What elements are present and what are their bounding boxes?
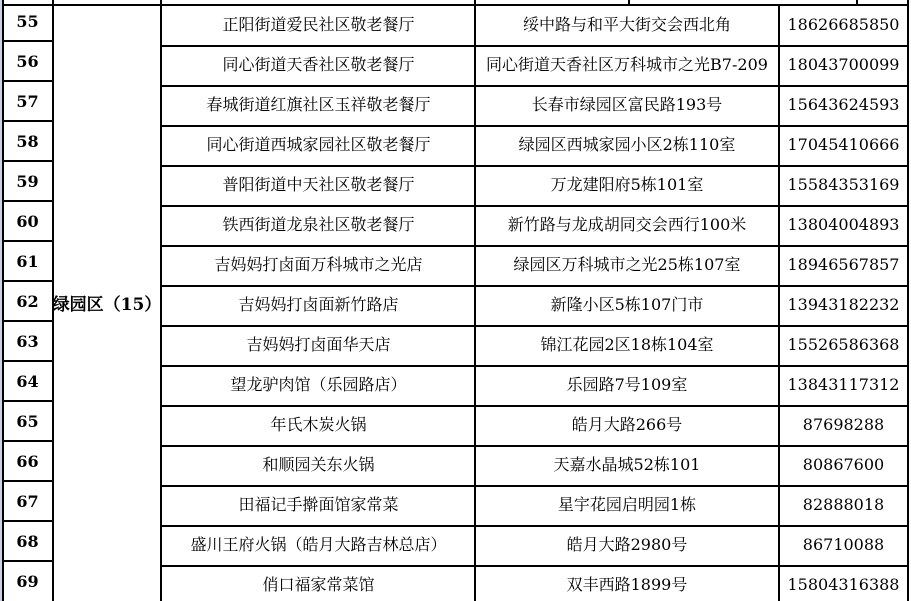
address-cell: 新竹路与龙成胡同交会西行100米 [477, 205, 777, 245]
name-cell: 田福记手擀面馆家常菜 [163, 485, 474, 525]
name-cell: 春城街道红旗社区玉祥敬老餐厅 [163, 85, 474, 125]
phone-cell: 15804316388 [781, 565, 906, 601]
address-cell: 绿园区西城家园小区2栋110室 [477, 125, 777, 165]
phone-cell: 87698288 [781, 405, 906, 445]
name-cell: 和顺园关东火锅 [163, 445, 474, 485]
row-number-cell: 63 [4, 322, 51, 362]
row-number-cell: 61 [4, 242, 51, 282]
address-cell: 新隆小区5栋107门市 [477, 285, 777, 325]
name-cell: 同心街道天香社区敬老餐厅 [163, 45, 474, 85]
table-border-right [907, 0, 909, 601]
address-cell: 天嘉水晶城52栋101 [477, 445, 777, 485]
row-number-cell: 57 [4, 82, 51, 122]
row-number-cell: 60 [4, 202, 51, 242]
row-number-cell: 58 [4, 122, 51, 162]
district-cell: 绿园区（15） [55, 4, 159, 601]
address-cell: 双丰西路1899号 [477, 565, 777, 601]
phone-cell: 15526586368 [781, 325, 906, 365]
row-number-cell: 65 [4, 402, 51, 442]
name-cell: 普阳街道中天社区敬老餐厅 [163, 165, 474, 205]
address-cell: 星宇花园启明园1栋 [477, 485, 777, 525]
address-cell: 万龙建阳府5栋101室 [477, 165, 777, 205]
address-cell: 锦江花园2区18栋104室 [477, 325, 777, 365]
row-number-cell: 59 [4, 162, 51, 202]
phone-cell: 17045410666 [781, 125, 906, 165]
name-cell: 俏口福家常菜馆 [163, 565, 474, 601]
phone-cell: 18626685850 [781, 5, 906, 45]
address-cell: 绿园区万科城市之光25栋107室 [477, 245, 777, 285]
address-cell: 同心街道天香社区万科城市之光B7-209 [477, 45, 777, 85]
address-cell: 皓月大路2980号 [477, 525, 777, 565]
row-number-cell: 64 [4, 362, 51, 402]
address-cell: 皓月大路266号 [477, 405, 777, 445]
address-cell: 长春市绿园区富民路193号 [477, 85, 777, 125]
row-number-cell: 62 [4, 282, 51, 322]
restaurant-list-table: 绿园区（15） 55正阳街道爱民社区敬老餐厅绥中路与和平大街交会西北角18626… [0, 0, 911, 601]
name-cell: 吉妈妈打卤面华天店 [163, 325, 474, 365]
phone-cell: 80867600 [781, 445, 906, 485]
row-number-cell: 66 [4, 442, 51, 482]
name-cell: 盛川王府火锅（皓月大路吉林总店） [163, 525, 474, 565]
name-cell: 正阳街道爱民社区敬老餐厅 [163, 5, 474, 45]
name-cell: 吉妈妈打卤面万科城市之光店 [163, 245, 474, 285]
col-divider-address-phone [778, 4, 780, 601]
row-number-cell: 67 [4, 482, 51, 522]
phone-cell: 13943182232 [781, 285, 906, 325]
address-cell: 乐园路7号109室 [477, 365, 777, 405]
phone-cell: 15643624593 [781, 85, 906, 125]
row-number-cell: 68 [4, 522, 51, 562]
phone-cell: 86710088 [781, 525, 906, 565]
phone-cell: 13843117312 [781, 365, 906, 405]
address-cell: 绥中路与和平大街交会西北角 [477, 5, 777, 45]
name-cell: 同心街道西城家园社区敬老餐厅 [163, 125, 474, 165]
phone-cell: 18946567857 [781, 245, 906, 285]
name-cell: 望龙驴肉馆（乐园路店） [163, 365, 474, 405]
row-number-cell: 56 [4, 42, 51, 82]
phone-cell: 15584353169 [781, 165, 906, 205]
district-label: 绿园区（15） [53, 290, 162, 315]
row-number-cell: 55 [4, 2, 51, 42]
col-divider-name-address [474, 0, 476, 601]
name-cell: 吉妈妈打卤面新竹路店 [163, 285, 474, 325]
phone-cell: 82888018 [781, 485, 906, 525]
name-cell: 年氏木炭火锅 [163, 405, 474, 445]
phone-cell: 18043700099 [781, 45, 906, 85]
name-cell: 铁西街道龙泉社区敬老餐厅 [163, 205, 474, 245]
phone-cell: 13804004893 [781, 205, 906, 245]
row-number-cell: 69 [4, 562, 51, 601]
